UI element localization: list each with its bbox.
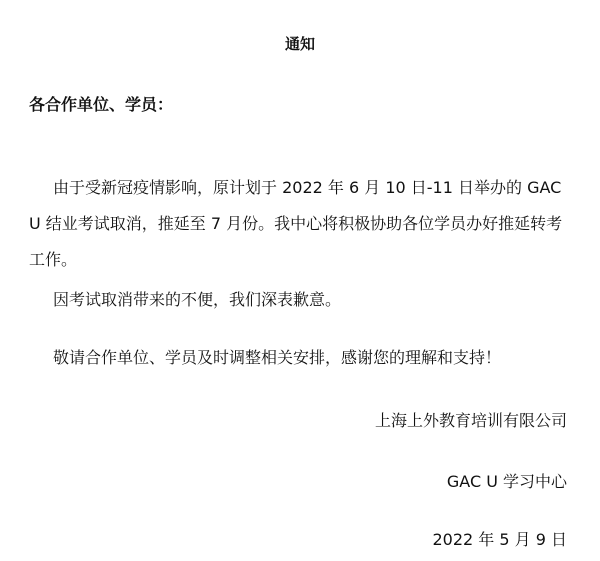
signature-date: 2022 年 5 月 9 日 [432,527,567,550]
paragraph-postponement: 由于受新冠疫情影响，原计划于 2022 年 6 月 10 日-11 日举办的 G… [29,170,577,278]
notice-title: 通知 [0,33,600,54]
signature-department: GAC U 学习中心 [447,469,567,492]
signature-organization: 上海上外教育培训有限公司 [375,408,567,431]
paragraph-request: 敬请合作单位、学员及时调整相关安排，感谢您的理解和支持！ [53,340,583,376]
paragraph-apology: 因考试取消带来的不便，我们深表歉意。 [53,282,583,318]
salutation: 各合作单位、学员： [29,92,173,115]
